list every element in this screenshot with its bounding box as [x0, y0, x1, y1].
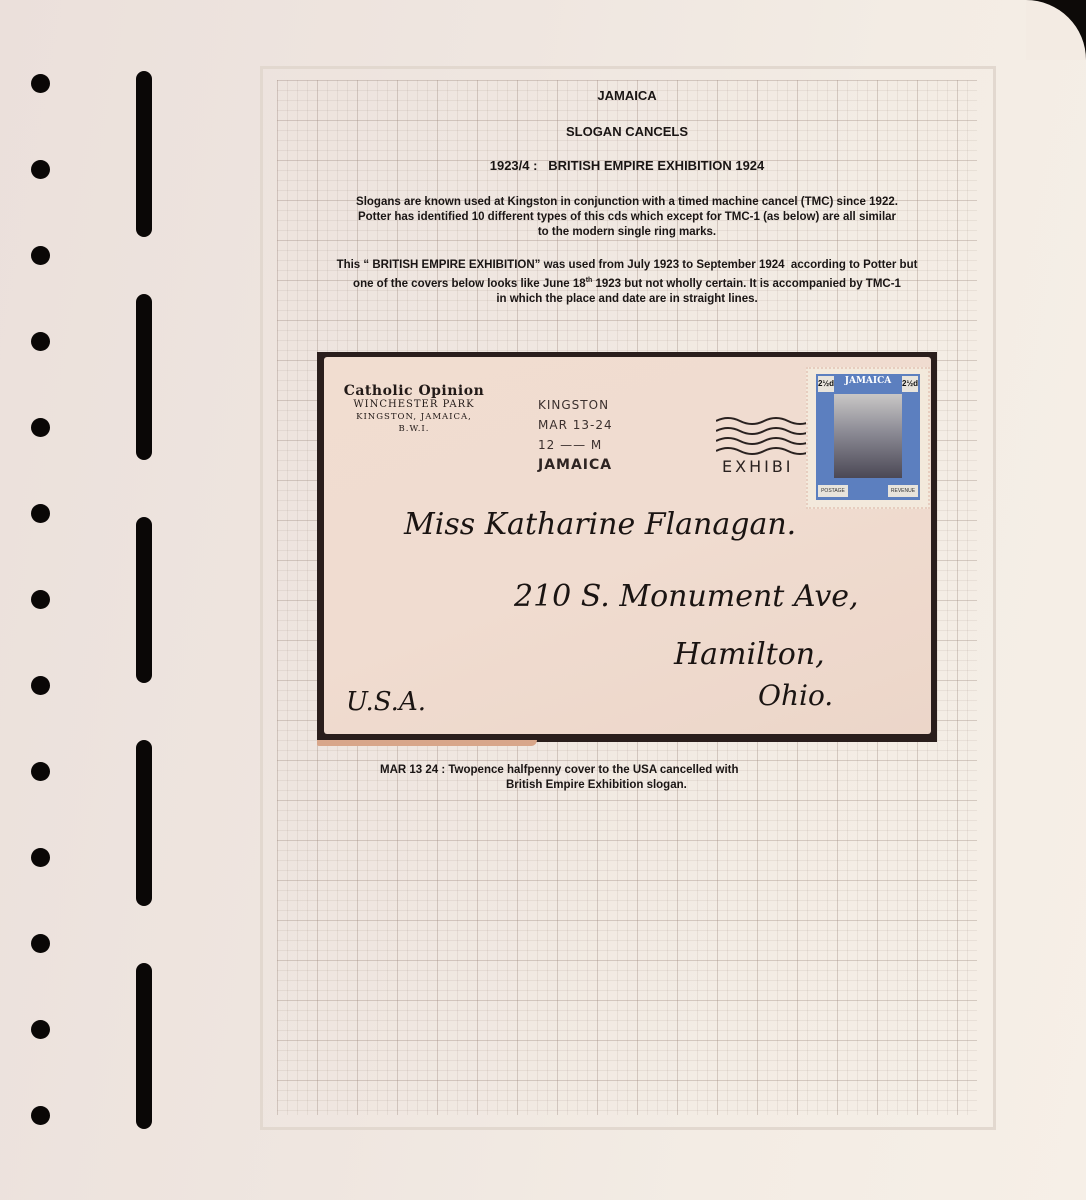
- stamp-country: JAMAICA: [836, 376, 900, 386]
- address-country: U.S.A.: [346, 687, 426, 717]
- section-title: 1923/4 : BRITISH EMPIRE EXHIBITION 1924: [277, 158, 977, 173]
- tmc-postmark: KINGSTON MAR 13-24 12 —— M JAMAICA: [538, 395, 638, 475]
- stamp-vignette: [834, 394, 902, 478]
- stamp-label: POSTAGE: [818, 485, 848, 497]
- binder-slot: [136, 294, 152, 460]
- caption-line: British Empire Exhibition slogan.: [380, 778, 880, 793]
- postage-stamp: 2½d JAMAICA 2½d POSTAGE REVENUE: [806, 367, 930, 509]
- envelope-cover: Catholic Opinion WINCHESTER PARK KINGSTO…: [324, 357, 931, 734]
- address-line: 210 S. Monument Ave,: [514, 579, 859, 614]
- address-line: Ohio.: [758, 679, 833, 712]
- caption-line: MAR 13 24 : Twopence halfpenny cover to …: [380, 764, 739, 776]
- page-subheading: SLOGAN CANCELS: [277, 124, 977, 139]
- sender-line: WINCHESTER PARK: [334, 399, 494, 411]
- punch-hole: [31, 762, 50, 781]
- stamp-frame: 2½d JAMAICA 2½d POSTAGE REVENUE: [816, 374, 920, 500]
- binder-slot: [136, 71, 152, 237]
- sender-line: B.W.I.: [334, 423, 494, 435]
- album-page: JAMAICA SLOGAN CANCELS 1923/4 : BRITISH …: [0, 0, 1086, 1200]
- stamp-label: REVENUE: [888, 485, 918, 497]
- postmark-date: MAR 13-24: [538, 415, 638, 435]
- postmark-time: 12 —— M: [538, 435, 638, 455]
- binder-slot: [136, 517, 152, 683]
- punch-hole: [31, 504, 50, 523]
- intro-paragraph: Slogans are known used at Kingston in co…: [277, 195, 977, 240]
- envelope-flap-edge: [317, 740, 537, 746]
- punch-hole: [31, 160, 50, 179]
- punch-hole: [31, 1106, 50, 1125]
- sender-corner-card: Catholic Opinion WINCHESTER PARK KINGSTO…: [334, 383, 494, 435]
- paragraph-line: one of the covers below looks like June …: [277, 273, 977, 292]
- cover-caption: MAR 13 24 : Twopence halfpenny cover to …: [380, 763, 880, 793]
- text-span: one of the covers below looks like June …: [353, 278, 586, 290]
- punch-hole: [31, 848, 50, 867]
- paragraph-line: Potter has identified 10 different types…: [277, 210, 977, 225]
- punch-hole: [31, 74, 50, 93]
- stamp-value: 2½d: [902, 376, 918, 392]
- sender-name: Catholic Opinion: [334, 383, 494, 399]
- punch-hole: [31, 246, 50, 265]
- punch-hole: [31, 676, 50, 695]
- punch-hole: [31, 418, 50, 437]
- paragraph-line: Slogans are known used at Kingston in co…: [277, 195, 977, 210]
- punch-hole: [31, 934, 50, 953]
- postmark-country: JAMAICA: [538, 455, 638, 475]
- punch-hole: [31, 1020, 50, 1039]
- binder-slot: [136, 963, 152, 1129]
- text-span: 1923 but not wholly certain. It is accom…: [592, 278, 901, 290]
- paragraph-line: in which the place and date are in strai…: [277, 292, 977, 307]
- usage-paragraph: This “ BRITISH EMPIRE EXHIBITION” was us…: [277, 258, 977, 307]
- punch-hole: [31, 332, 50, 351]
- slogan-text: EXHIBI: [722, 457, 794, 476]
- punch-hole: [31, 590, 50, 609]
- address-line: Hamilton,: [674, 637, 825, 672]
- stamp-value: 2½d: [818, 376, 834, 392]
- address-line: Miss Katharine Flanagan.: [404, 507, 796, 542]
- postmark-place: KINGSTON: [538, 395, 638, 415]
- paragraph-line: This “ BRITISH EMPIRE EXHIBITION” was us…: [277, 258, 977, 273]
- paragraph-line: to the modern single ring marks.: [277, 225, 977, 240]
- page-heading: JAMAICA: [277, 88, 977, 103]
- binder-slot: [136, 740, 152, 906]
- sender-line: KINGSTON, JAMAICA,: [334, 411, 494, 423]
